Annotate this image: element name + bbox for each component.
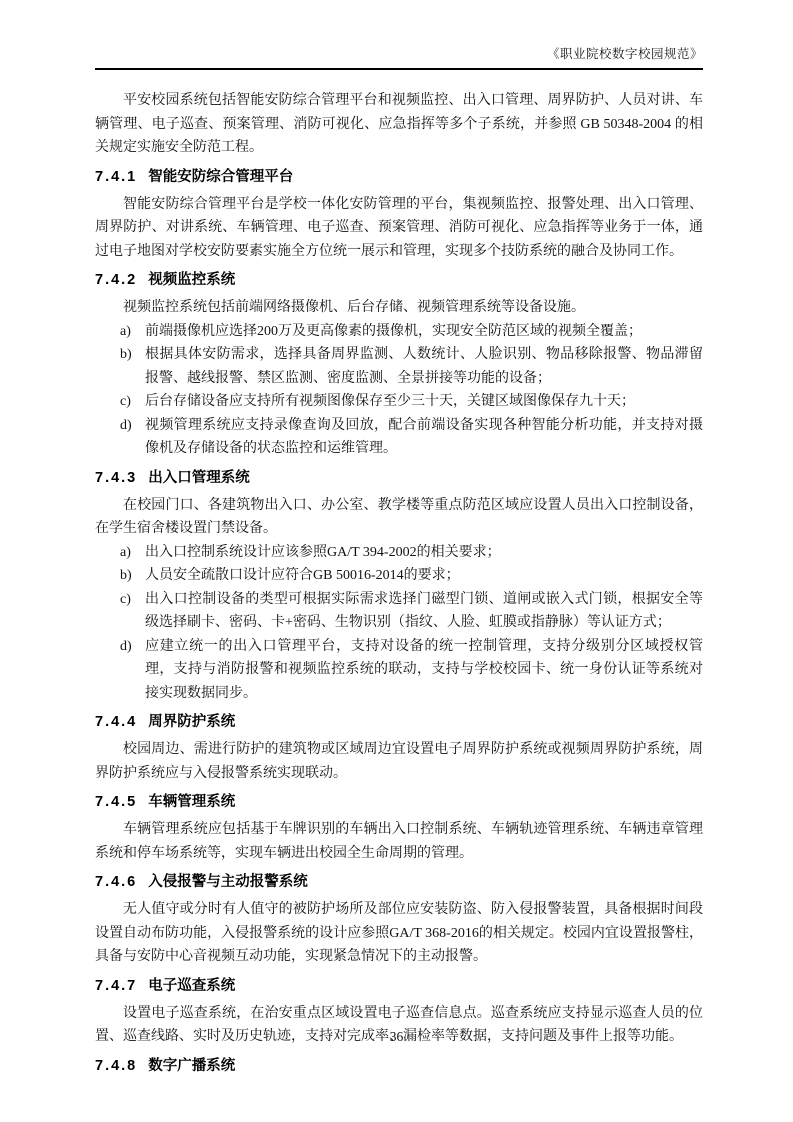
list-item: b) 根据具体安防需求，选择具备周界监测、人数统计、人脸识别、物品移除报警、物品… bbox=[95, 343, 703, 390]
section-title: 数字广播系统 bbox=[148, 1058, 235, 1074]
item-marker: b) bbox=[120, 564, 132, 588]
page-content: 《职业院校数字校园规范》 平安校园系统包括智能安防综合管理平台和视频监控、出入口… bbox=[95, 46, 703, 1082]
section-number: 7.4.6 bbox=[95, 874, 137, 890]
section-heading: 7.4.1智能安防综合管理平台 bbox=[95, 168, 703, 187]
section-7-4-4: 7.4.4周界防护系统 校园周边、需进行防护的建筑物或区域周边宜设置电子周界防护… bbox=[95, 713, 703, 785]
item-marker: b) bbox=[120, 343, 132, 367]
section-number: 7.4.1 bbox=[95, 169, 137, 185]
section-7-4-8: 7.4.8数字广播系统 bbox=[95, 1057, 703, 1076]
list-item: c) 出入口控制设备的类型可根据实际需求选择门磁型门锁、道闸或嵌入式门锁，根据安… bbox=[95, 588, 703, 635]
section-paragraph: 在校园门口、各建筑物出入口、办公室、教学楼等重点防范区域应设置人员出入口控制设备… bbox=[95, 494, 703, 541]
list-item: a) 前端摄像机应选择200万及更高像素的摄像机，实现安全防范区域的视频全覆盖； bbox=[95, 320, 703, 344]
item-marker: d) bbox=[120, 414, 132, 438]
item-text: 根据具体安防需求，选择具备周界监测、人数统计、人脸识别、物品移除报警、物品滞留报… bbox=[145, 347, 703, 386]
item-marker: c) bbox=[120, 390, 131, 414]
section-title: 电子巡查系统 bbox=[148, 978, 235, 994]
section-number: 7.4.2 bbox=[95, 272, 137, 288]
section-item-list: a) 出入口控制系统设计应该参照GA/T 394-2002的相关要求； b) 人… bbox=[95, 541, 703, 706]
section-number: 7.4.7 bbox=[95, 978, 137, 994]
section-7-4-3: 7.4.3出入口管理系统 在校园门口、各建筑物出入口、办公室、教学楼等重点防范区… bbox=[95, 469, 703, 706]
section-title: 出入口管理系统 bbox=[148, 470, 250, 486]
item-marker: d) bbox=[120, 635, 132, 659]
section-paragraph: 车辆管理系统应包括基于车牌识别的车辆出入口控制系统、车辆轨迹管理系统、车辆违章管… bbox=[95, 818, 703, 865]
list-item: d) 视频管理系统应支持录像查询及回放，配合前端设备实现各种智能分析功能，并支持… bbox=[95, 414, 703, 461]
document-page: 《职业院校数字校园规范》 平安校园系统包括智能安防综合管理平台和视频监控、出入口… bbox=[0, 0, 793, 1122]
list-item: c) 后台存储设备应支持所有视频图像保存至少三十天，关键区域图像保存九十天； bbox=[95, 390, 703, 414]
section-number: 7.4.3 bbox=[95, 470, 137, 486]
running-header: 《职业院校数字校园规范》 bbox=[95, 46, 703, 62]
item-text: 应建立统一的出入口管理平台，支持对设备的统一控制管理，支持分级别分区域授权管理，… bbox=[145, 639, 703, 701]
item-text: 人员安全疏散口设计应符合GB 50016-2014的要求； bbox=[145, 568, 460, 583]
header-rule bbox=[95, 68, 703, 70]
section-heading: 7.4.6入侵报警与主动报警系统 bbox=[95, 873, 703, 892]
section-heading: 7.4.5车辆管理系统 bbox=[95, 793, 703, 812]
section-number: 7.4.4 bbox=[95, 714, 137, 730]
section-title: 入侵报警与主动报警系统 bbox=[148, 874, 308, 890]
section-title: 周界防护系统 bbox=[148, 714, 235, 730]
section-heading: 7.4.8数字广播系统 bbox=[95, 1057, 703, 1076]
section-paragraph: 无人值守或分时有人值守的被防护场所及部位应安装防盗、防入侵报警装置，具备根据时间… bbox=[95, 898, 703, 969]
section-7-4-2: 7.4.2视频监控系统 视频监控系统包括前端网络摄像机、后台存储、视频管理系统等… bbox=[95, 271, 703, 461]
section-paragraph: 校园周边、需进行防护的建筑物或区域周边宜设置电子周界防护系统或视频周界防护系统，… bbox=[95, 738, 703, 785]
item-marker: a) bbox=[120, 541, 131, 565]
section-paragraph: 视频监控系统包括前端网络摄像机、后台存储、视频管理系统等设备设施。 bbox=[95, 296, 703, 320]
section-paragraph: 智能安防综合管理平台是学校一体化安防管理的平台，集视频监控、报警处理、出入口管理… bbox=[95, 193, 703, 264]
item-text: 出入口控制设备的类型可根据实际需求选择门磁型门锁、道闸或嵌入式门锁，根据安全等级… bbox=[145, 592, 703, 631]
section-title: 视频监控系统 bbox=[148, 272, 235, 288]
section-number: 7.4.8 bbox=[95, 1058, 137, 1074]
section-number: 7.4.5 bbox=[95, 794, 137, 810]
section-title: 车辆管理系统 bbox=[148, 794, 235, 810]
list-item: d) 应建立统一的出入口管理平台，支持对设备的统一控制管理，支持分级别分区域授权… bbox=[95, 635, 703, 706]
section-7-4-1: 7.4.1智能安防综合管理平台 智能安防综合管理平台是学校一体化安防管理的平台，… bbox=[95, 168, 703, 264]
intro-paragraph: 平安校园系统包括智能安防综合管理平台和视频监控、出入口管理、周界防护、人员对讲、… bbox=[95, 89, 703, 160]
section-heading: 7.4.4周界防护系统 bbox=[95, 713, 703, 732]
list-item: a) 出入口控制系统设计应该参照GA/T 394-2002的相关要求； bbox=[95, 541, 703, 565]
section-title: 智能安防综合管理平台 bbox=[148, 169, 293, 185]
item-text: 后台存储设备应支持所有视频图像保存至少三十天，关键区域图像保存九十天； bbox=[145, 394, 635, 409]
item-text: 出入口控制系统设计应该参照GA/T 394-2002的相关要求； bbox=[145, 545, 501, 560]
item-text: 视频管理系统应支持录像查询及回放，配合前端设备实现各种智能分析功能，并支持对摄像… bbox=[145, 418, 703, 457]
item-text: 前端摄像机应选择200万及更高像素的摄像机，实现安全防范区域的视频全覆盖； bbox=[145, 324, 642, 339]
section-7-4-5: 7.4.5车辆管理系统 车辆管理系统应包括基于车牌识别的车辆出入口控制系统、车辆… bbox=[95, 793, 703, 865]
item-marker: c) bbox=[120, 588, 131, 612]
section-item-list: a) 前端摄像机应选择200万及更高像素的摄像机，实现安全防范区域的视频全覆盖；… bbox=[95, 320, 703, 461]
list-item: b) 人员安全疏散口设计应符合GB 50016-2014的要求； bbox=[95, 564, 703, 588]
section-7-4-6: 7.4.6入侵报警与主动报警系统 无人值守或分时有人值守的被防护场所及部位应安装… bbox=[95, 873, 703, 969]
section-heading: 7.4.3出入口管理系统 bbox=[95, 469, 703, 488]
section-heading: 7.4.7电子巡查系统 bbox=[95, 977, 703, 996]
section-heading: 7.4.2视频监控系统 bbox=[95, 271, 703, 290]
item-marker: a) bbox=[120, 320, 131, 344]
page-number: 36 bbox=[0, 1029, 793, 1045]
document-title: 《职业院校数字校园规范》 bbox=[547, 47, 703, 61]
body-text: 平安校园系统包括智能安防综合管理平台和视频监控、出入口管理、周界防护、人员对讲、… bbox=[95, 89, 703, 1076]
